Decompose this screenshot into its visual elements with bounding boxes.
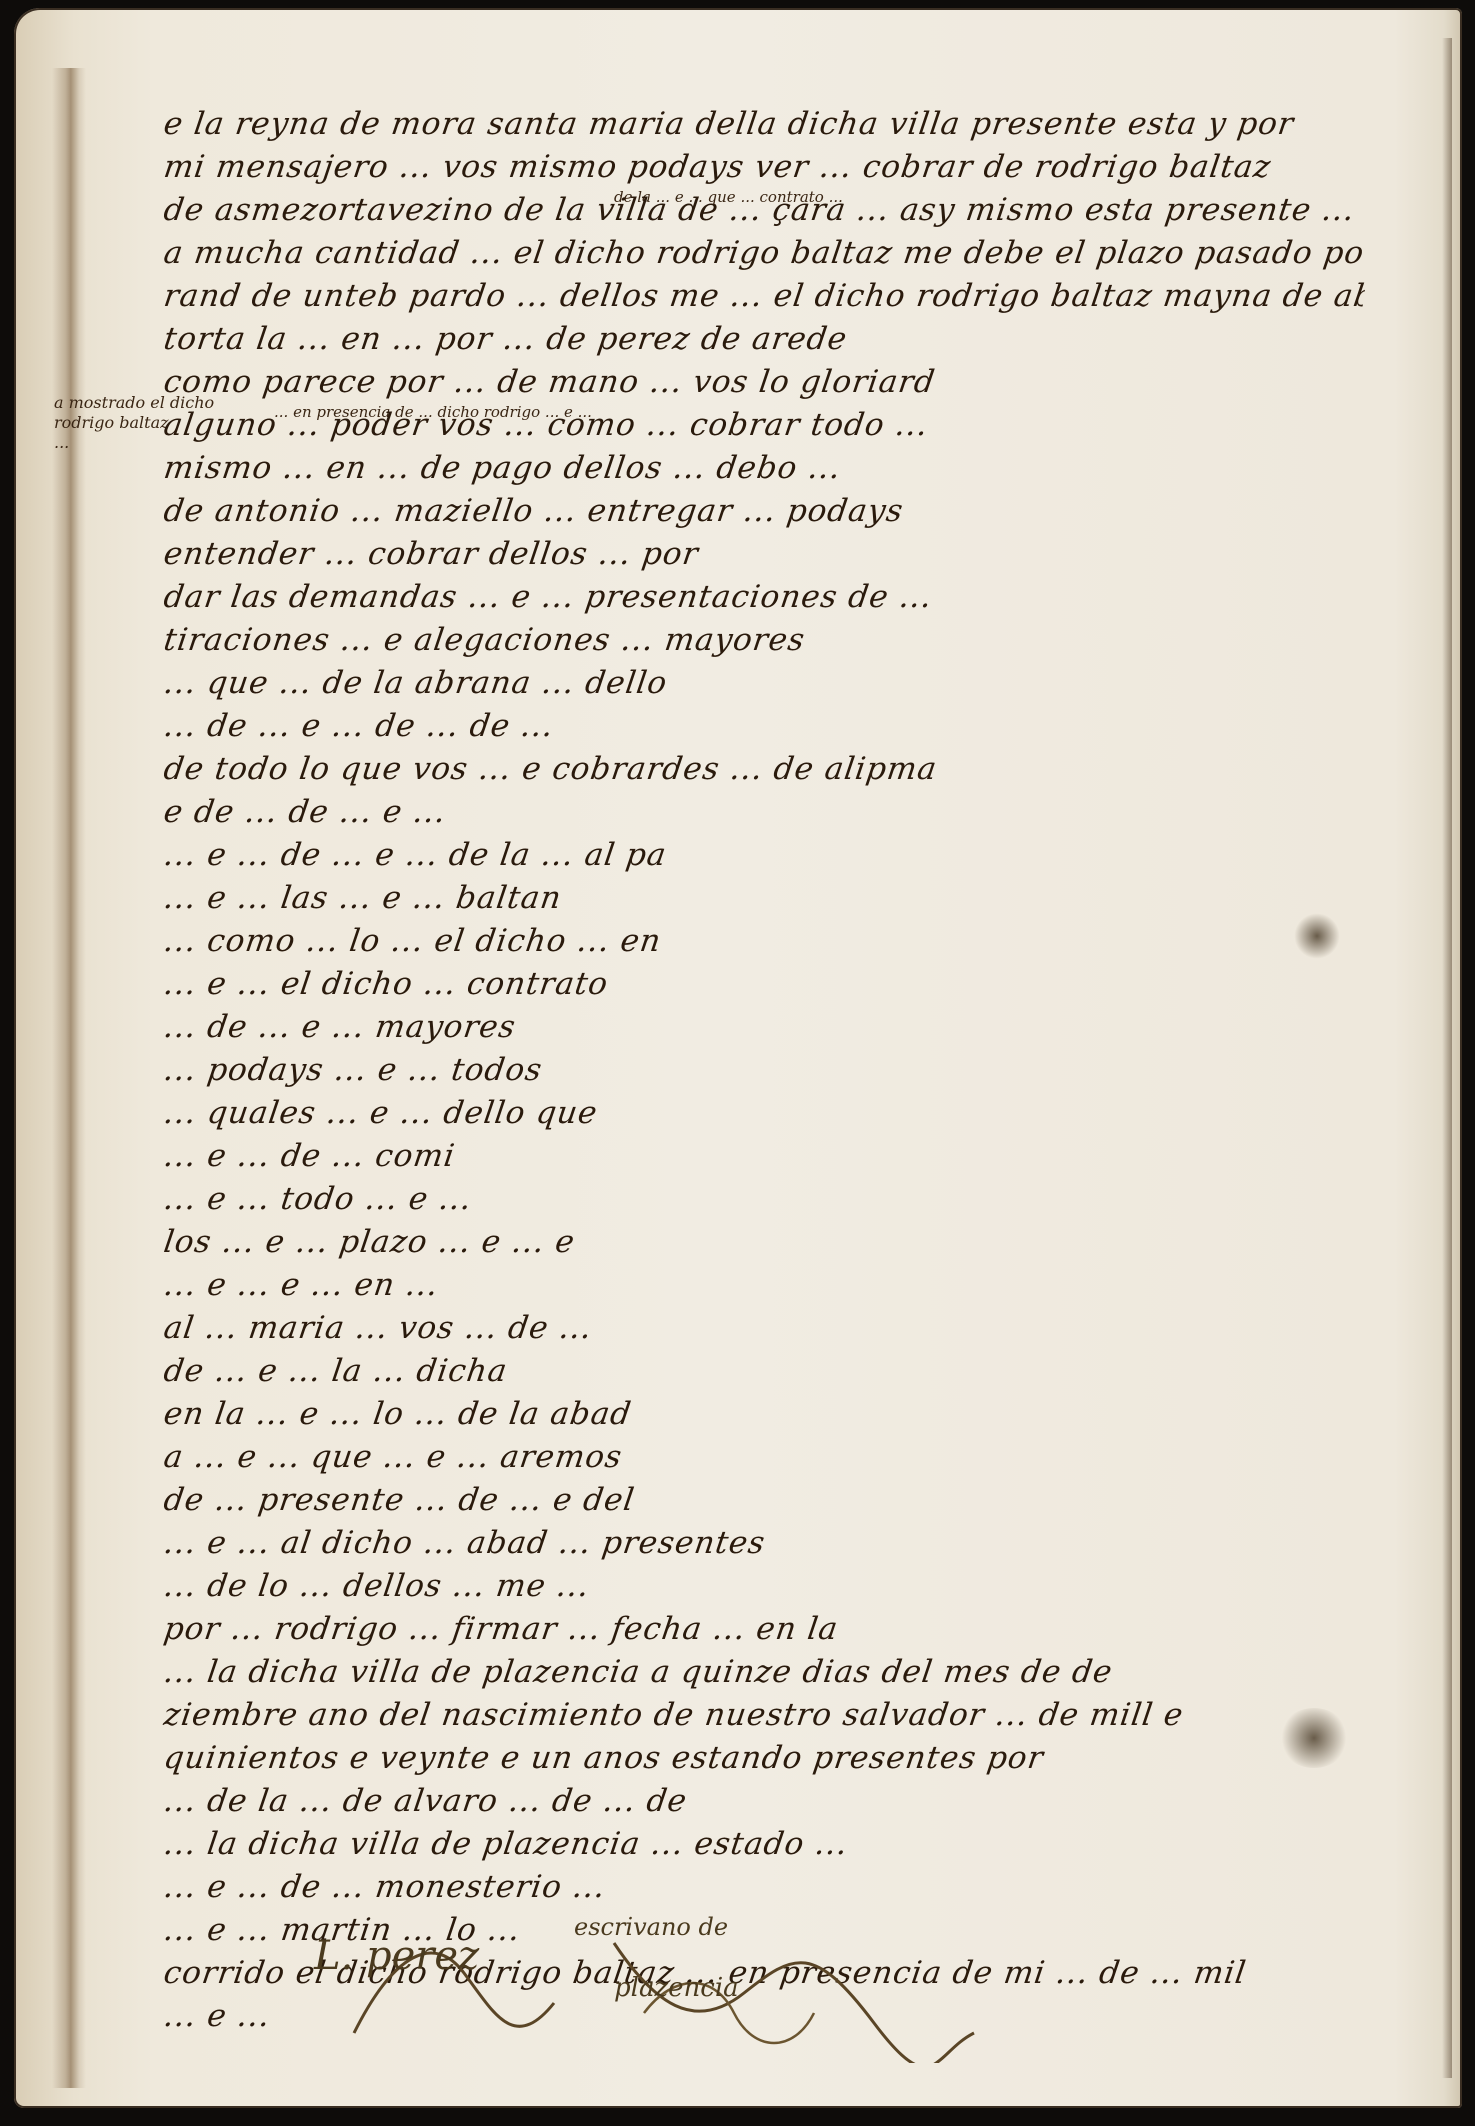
text-line: ... la dicha villa de plazencia a quinze… (161, 1651, 1367, 1694)
text-line: a ... e ... que ... e ... aremos (161, 1436, 1367, 1479)
notary-place: plazencia (614, 1973, 739, 2003)
manuscript-text: e la reyna de mora santa maria della dic… (164, 103, 1364, 2038)
text-line: tiraciones ... e alegaciones ... mayores (161, 619, 1367, 662)
text-line: ... como ... lo ... el dicho ... en (161, 920, 1367, 963)
text-line: al ... maria ... vos ... de ... (161, 1307, 1367, 1350)
text-line: ... e ... de ... e ... de la ... al pa (161, 834, 1367, 877)
text-line: de antonio ... maziello ... entregar ...… (161, 490, 1367, 533)
text-line: ... e ... todo ... e ... (161, 1178, 1367, 1221)
text-line: ... quales ... e ... dello que (161, 1092, 1367, 1135)
text-line: mi mensajero ... vos mismo podays ver ..… (161, 146, 1367, 189)
text-line: a mucha cantidad ... el dicho rodrigo ba… (161, 232, 1367, 275)
text-line: ... e ... al dicho ... abad ... presente… (161, 1522, 1367, 1565)
text-line: ... de la ... de alvaro ... de ... de (161, 1780, 1367, 1823)
text-line: ... de ... e ... de ... de ... (161, 705, 1367, 748)
text-line: de asmezortavezino de la villa de ... ça… (161, 189, 1367, 232)
notary-title: escrivano de (574, 1913, 728, 1941)
text-line: alguno ... poder vos ... como ... cobrar… (161, 404, 1367, 447)
text-line: ... e ... las ... e ... baltan (161, 877, 1367, 920)
text-line: quinientos e veynte e un anos estando pr… (161, 1737, 1367, 1780)
text-line: e de ... de ... e ... (161, 791, 1367, 834)
text-line: ... e ... de ... comi (161, 1135, 1367, 1178)
text-line: dar las demandas ... e ... presentacione… (161, 576, 1367, 619)
notary-signature: L. perez (314, 1933, 479, 1979)
text-line: de ... e ... la ... dicha (161, 1350, 1367, 1393)
text-line: ... de ... e ... mayores (161, 1006, 1367, 1049)
page-edge (1442, 38, 1452, 2078)
text-line: en la ... e ... lo ... de la abad (161, 1393, 1367, 1436)
text-line: entender ... cobrar dellos ... por (161, 533, 1367, 576)
text-line: ... la dicha villa de plazencia ... esta… (161, 1823, 1367, 1866)
text-line: ziembre ano del nascimiento de nuestro s… (161, 1694, 1367, 1737)
text-line: torta la ... en ... por ... de perez de … (161, 318, 1367, 361)
text-line: de ... presente ... de ... e del (161, 1479, 1367, 1522)
notary-signatures: L. perez escrivano de plazencia (314, 1913, 1014, 2063)
text-line: ... e ... el dicho ... contrato (161, 963, 1367, 1006)
text-line: ... podays ... e ... todos (161, 1049, 1367, 1092)
text-line: los ... e ... plazo ... e ... e (161, 1221, 1367, 1264)
text-line: ... e ... de ... monesterio ... (161, 1866, 1367, 1909)
text-line: e la reyna de mora santa maria della dic… (161, 103, 1367, 146)
text-line: de todo lo que vos ... e cobrardes ... d… (161, 748, 1367, 791)
text-line: ... de lo ... dellos ... me ... (161, 1565, 1367, 1608)
text-line: ... e ... e ... en ... (161, 1264, 1367, 1307)
text-line: mismo ... en ... de pago dellos ... debo… (161, 447, 1367, 490)
text-line: ... que ... de la abrana ... dello (161, 662, 1367, 705)
binding-gutter (52, 68, 86, 2088)
text-line: por ... rodrigo ... firmar ... fecha ...… (161, 1608, 1367, 1651)
manuscript-page: a mostrado el dicho rodrigo baltaz ... d… (14, 8, 1462, 2108)
text-line: como parece por ... de mano ... vos lo g… (161, 361, 1367, 404)
text-line: rand de unteb pardo ... dellos me ... el… (161, 275, 1367, 318)
